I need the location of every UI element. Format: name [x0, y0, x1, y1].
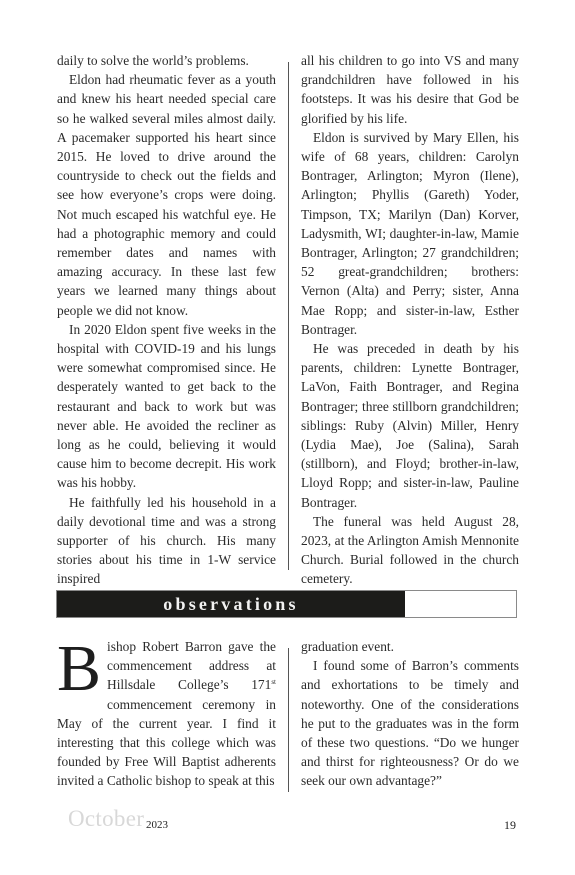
paragraph-text: ishop Robert Barron gave the commencemen… — [107, 639, 276, 692]
ordinal-suffix: st — [271, 678, 276, 686]
paragraph: Eldon is survived by Mary Ellen, his wif… — [301, 128, 519, 339]
paragraph: all his children to go into VS and many … — [301, 51, 519, 128]
obituary-left-column: daily to solve the world’s problems. Eld… — [57, 51, 276, 589]
paragraph: I found some of Barron’s comments and ex… — [301, 656, 519, 790]
paragraph: Bishop Robert Barron gave the commenceme… — [57, 637, 276, 791]
section-header-bar: observations — [56, 590, 517, 618]
article-left-column: Bishop Robert Barron gave the commenceme… — [57, 637, 276, 791]
paragraph: In 2020 Eldon spent five weeks in the ho… — [57, 320, 276, 493]
paragraph: Eldon had rheumatic fever as a youth and… — [57, 70, 276, 320]
paragraph: daily to solve the world’s problems. — [57, 51, 276, 70]
column-divider — [288, 62, 289, 570]
article-right-column: graduation event. I found some of Barron… — [301, 637, 519, 791]
footer-year: 2023 — [146, 819, 168, 831]
paragraph: He was preceded in death by his parents,… — [301, 339, 519, 512]
paragraph: graduation event. — [301, 637, 519, 656]
column-divider — [288, 648, 289, 792]
obituary-right-column: all his children to go into VS and many … — [301, 51, 519, 589]
paragraph: He faithfully led his household in a dai… — [57, 493, 276, 589]
drop-cap: B — [57, 641, 101, 697]
paragraph-text: commencement ceremony in May of the curr… — [57, 697, 276, 789]
page-number: 19 — [504, 818, 516, 833]
paragraph: The funeral was held August 28, 2023, at… — [301, 512, 519, 589]
section-title: observations — [57, 591, 405, 617]
footer-month: October — [68, 806, 144, 832]
